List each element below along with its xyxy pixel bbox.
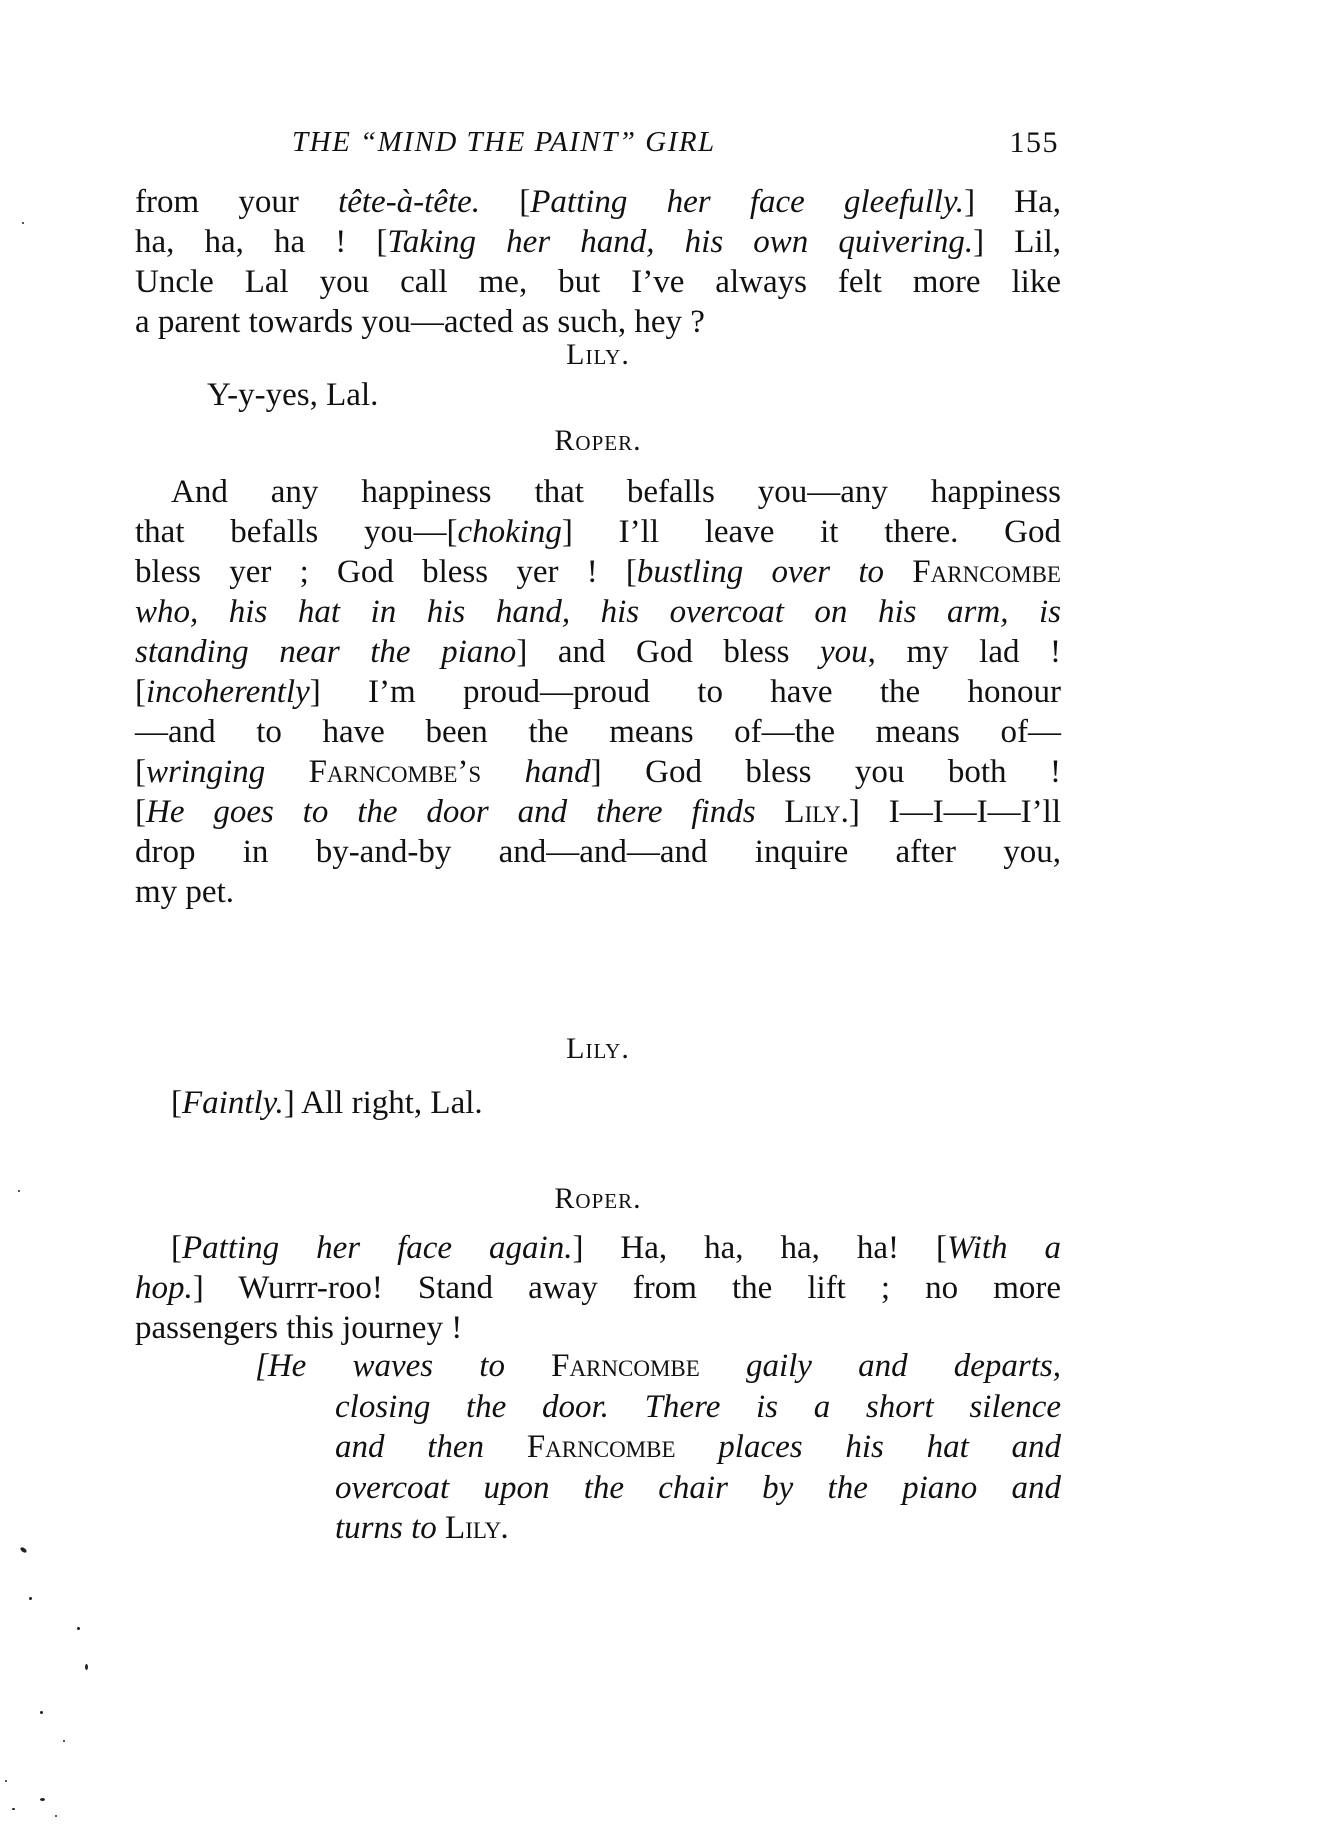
- text-line: overcoat upon the chair by the piano and: [255, 1468, 1061, 1509]
- small-caps-name: Lily: [784, 794, 840, 830]
- text-line: [He goes to the door and there finds Lil…: [135, 792, 1061, 832]
- page-number: 155: [1010, 126, 1060, 160]
- speech-roper-2: [Patting her face again.] Ha, ha, ha, ha…: [135, 1228, 1061, 1348]
- small-caps-name: Farncombe: [551, 1348, 700, 1384]
- speech-lily-1: Y-y-yes, Lal.: [135, 375, 1097, 415]
- scan-speck: [77, 1627, 80, 1630]
- speech-roper-1: And any happiness that befalls you—any h…: [135, 472, 1061, 912]
- text-line: who, his hat in his hand, his overcoat o…: [135, 592, 1061, 632]
- text-line: bless yer ; God bless yer ! [bustling ov…: [135, 552, 1061, 592]
- scan-speck: [19, 1546, 27, 1553]
- scan-speck: [22, 222, 24, 224]
- italic-text: who, his hat in his hand, his overcoat o…: [135, 594, 1061, 630]
- text-line: [He waves to Farncombe gaily and departs…: [255, 1346, 1061, 1387]
- italic-text: standing near the piano: [135, 634, 516, 670]
- text-line: [incoherently] I’m proud—proud to have t…: [135, 672, 1061, 712]
- italic-text: hop.: [135, 1270, 193, 1306]
- scan-speck: [5, 1780, 7, 1782]
- speaker-heading-lily: Lily.: [135, 1032, 1061, 1066]
- italic-text: He goes to the door and there finds: [146, 794, 784, 830]
- italic-text: With a: [947, 1230, 1061, 1266]
- italic-text: you: [820, 634, 868, 670]
- text-line: closing the door. There is a short silen…: [255, 1387, 1061, 1428]
- scan-speck: [12, 1808, 15, 1810]
- speaker-heading-lily: Lily.: [135, 338, 1061, 372]
- small-caps-name: Farncombe: [527, 1429, 676, 1465]
- small-caps-name: Farncombe’s: [309, 754, 482, 790]
- text-line: my pet.: [135, 872, 1061, 912]
- text-line: a parent towards you—acted as such, hey …: [135, 302, 1061, 342]
- scan-speck: [63, 1740, 65, 1742]
- scan-speck: [29, 1597, 32, 1600]
- italic-text: incoherently: [146, 674, 310, 710]
- italic-text: bustling over to: [637, 554, 912, 590]
- speech-roper-continuation: from your tête-à-tête. [Patting her face…: [135, 182, 1061, 342]
- speaker-heading-roper: Roper.: [135, 424, 1061, 458]
- text-line: drop in by-and-by and—and—and inquire af…: [135, 832, 1061, 872]
- text-line: turns to Lily.: [255, 1508, 1061, 1549]
- speech-lily-2: [Faintly.] All right, Lal.: [135, 1083, 1061, 1123]
- text-line: hop.] Wurrr-roo! Stand away from the lif…: [135, 1268, 1061, 1308]
- italic-text: hand: [481, 754, 590, 790]
- text-line: And any happiness that befalls you—any h…: [135, 472, 1061, 512]
- text-line: from your tête-à-tête. [Patting her face…: [135, 182, 1061, 222]
- text-line: standing near the piano] and God bless y…: [135, 632, 1061, 672]
- scan-speck: [40, 1711, 43, 1714]
- text-line: passengers this journey !: [135, 1308, 1061, 1348]
- text-line: [wringing Farncombe’s hand] God bless yo…: [135, 752, 1061, 792]
- speaker-heading-roper: Roper.: [135, 1182, 1061, 1216]
- italic-text: Taking her hand, his own quivering.: [387, 224, 973, 260]
- small-caps-name: Farncombe: [912, 554, 1061, 590]
- small-caps-name: Lily: [445, 1510, 501, 1546]
- italic-text: Patting her face again.: [182, 1230, 572, 1266]
- italic-text: tête-à-tête.: [338, 184, 480, 220]
- text-line: ha, ha, ha ! [Taking her hand, his own q…: [135, 222, 1061, 262]
- running-head-title: THE “MIND THE PAINT” GIRL: [292, 126, 716, 159]
- italic-text: choking: [457, 514, 561, 550]
- text-line: [Patting her face again.] Ha, ha, ha, ha…: [135, 1228, 1061, 1268]
- italic-text: Faintly.: [182, 1085, 284, 1121]
- text-line: —and to have been the means of—the means…: [135, 712, 1061, 752]
- scan-speck: [85, 1664, 88, 1670]
- text-line: [Faintly.] All right, Lal.: [135, 1083, 1061, 1123]
- italic-text: wringing: [146, 754, 309, 790]
- scan-speck: [40, 1798, 45, 1801]
- text-line: and then Farncombe places his hat and: [255, 1427, 1061, 1468]
- scan-speck: [18, 1190, 20, 1192]
- italic-text: Patting her face gleefully.: [530, 184, 964, 220]
- text-line: that befalls you—[choking] I’ll leave it…: [135, 512, 1061, 552]
- stage-direction: [He waves to Farncombe gaily and departs…: [255, 1346, 1061, 1549]
- text-line: Uncle Lal you call me, but I’ve always f…: [135, 262, 1061, 302]
- text-line: Y-y-yes, Lal.: [171, 375, 1097, 415]
- book-page: THE “MIND THE PAINT” GIRL 155 from your …: [0, 0, 1327, 1828]
- running-head: THE “MIND THE PAINT” GIRL 155: [292, 126, 1059, 166]
- scan-speck: [55, 1815, 57, 1817]
